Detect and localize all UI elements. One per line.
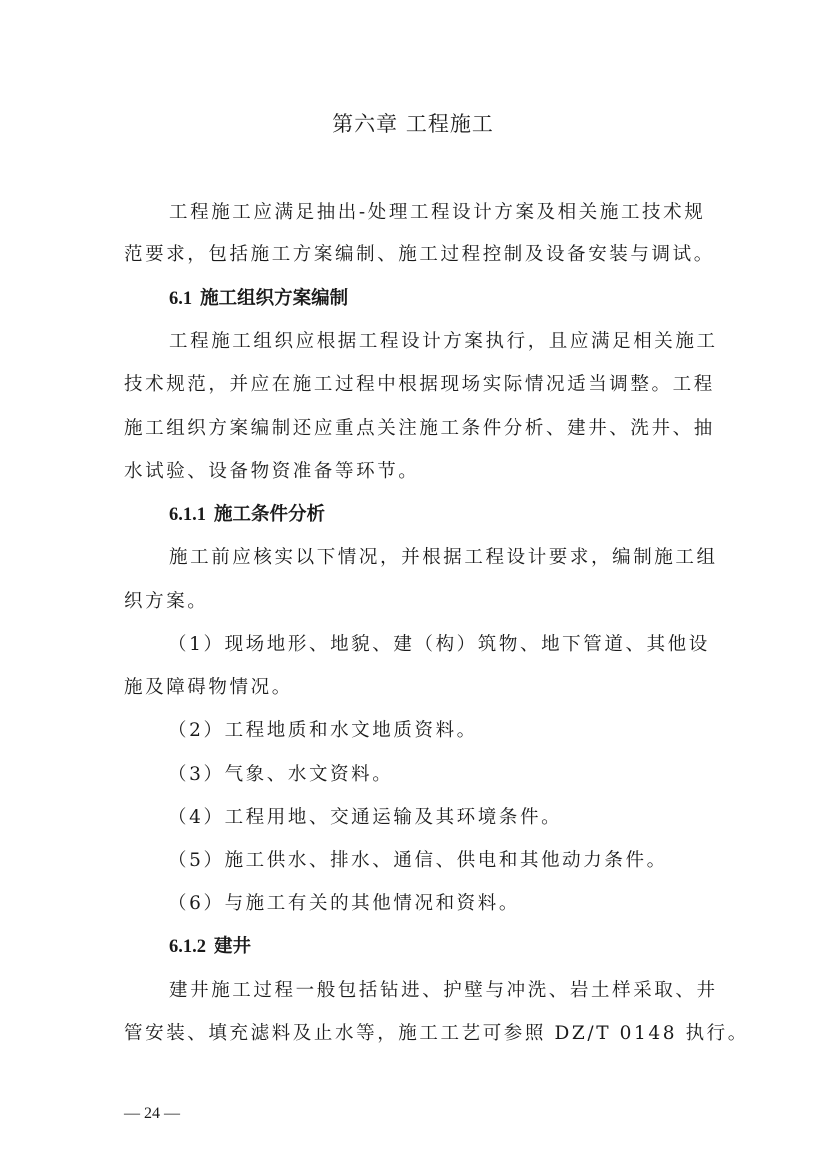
section-heading-6-1: 6.1施工组织方案编制 (169, 284, 348, 310)
list-item: （2）工程地质和水文地质资料。 (168, 716, 478, 742)
paragraph-line: 范要求，包括施工方案编制、施工过程控制及设备安装与调试。 (124, 240, 715, 266)
section-heading-6-1-2: 6.1.2建井 (169, 932, 251, 958)
section-title: 施工组织方案编制 (200, 288, 348, 309)
chapter-title: 第六章 工程施工 (0, 108, 826, 138)
paragraph-line: 工程施工应满足抽出-处理工程设计方案及相关施工技术规 (169, 198, 705, 224)
paragraph-line: 施工组织方案编制还应重点关注施工条件分析、建井、洗井、抽 (124, 414, 715, 440)
list-item: （4）工程用地、交通运输及其环境条件。 (168, 803, 562, 829)
paragraph-line: 工程施工组织应根据工程设计方案执行，且应满足相关施工 (169, 327, 718, 353)
paragraph-line: 管安装、填充滤料及止水等，施工工艺可参照 DZ/T 0148 执行。 (124, 1019, 749, 1045)
section-number: 6.1.2 (169, 937, 206, 957)
list-item: （6）与施工有关的其他情况和资料。 (168, 889, 520, 915)
paragraph-line: 建井施工过程一般包括钻进、护壁与冲洗、岩土样采取、井 (169, 976, 718, 1002)
paragraph-line: 织方案。 (124, 587, 208, 613)
page-number: — 24 — (124, 1105, 180, 1123)
section-number: 6.1 (169, 289, 192, 309)
section-heading-6-1-1: 6.1.1施工条件分析 (169, 500, 325, 526)
paragraph-line: 施工前应核实以下情况，并根据工程设计要求，编制施工组 (169, 543, 718, 569)
paragraph-line: 水试验、设备物资准备等环节。 (124, 457, 419, 483)
paragraph-line: 技术规范，并应在施工过程中根据现场实际情况适当调整。工程 (124, 370, 715, 396)
section-number: 6.1.1 (169, 505, 206, 525)
section-title: 施工条件分析 (214, 504, 325, 525)
list-item: （5）施工供水、排水、通信、供电和其他动力条件。 (168, 846, 668, 872)
list-item-continuation: 施及障碍物情况。 (124, 673, 293, 699)
list-item: （1）现场地形、地貌、建（构）筑物、地下管道、其他设 (168, 630, 710, 656)
section-title: 建井 (214, 936, 251, 957)
list-item: （3）气象、水文资料。 (168, 760, 393, 786)
